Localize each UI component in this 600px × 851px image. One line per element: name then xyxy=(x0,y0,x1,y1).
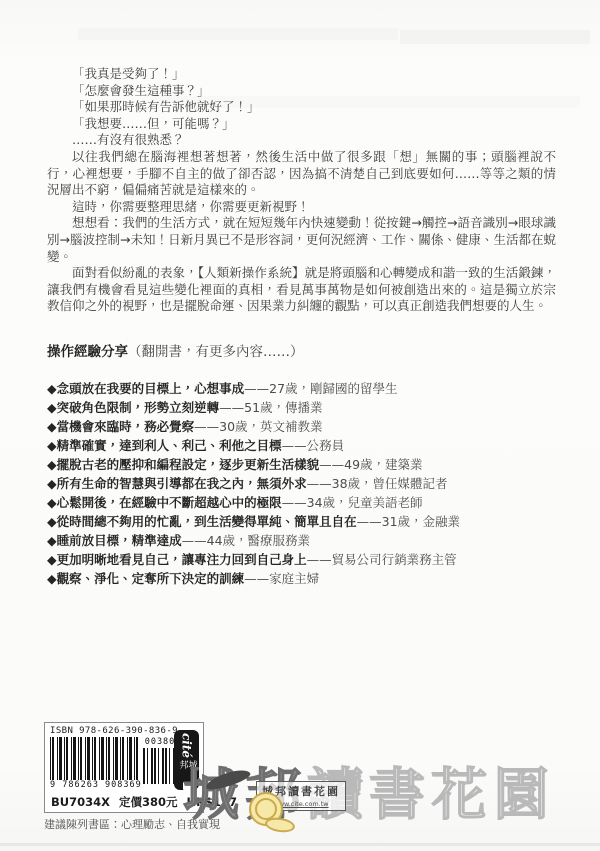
sharing-item-statement: ◆從時間總不夠用的忙亂，到生活變得單純、簡單且自在 xyxy=(47,514,357,529)
sharing-item-source: ——27歲，剛歸國的留學生 xyxy=(244,381,397,396)
cite-publisher-logo: cité 城邦 xyxy=(174,730,199,790)
back-cover-text: 「我真是受夠了！」 「怎麼會發生這種事？」 「如果那時候有告訴他就好了！」 「我… xyxy=(47,66,556,588)
experience-sharing-section: 操作經驗分享（翻開書，有更多內容……） ◆念頭放在我要的目標上，心想事成——27… xyxy=(47,343,556,588)
sharing-item-source: ——31歲，金融業 xyxy=(357,514,460,529)
intro-paragraph: 面對看似紛亂的表象，【人類新操作系統】就是將頭腦和心轉變成和諧一致的生活鍛鍊，讓… xyxy=(47,265,556,315)
intro-paragraph: 這時，你需要整理思緒，你需要更新視野！ xyxy=(47,199,556,216)
scan-edge-shadow xyxy=(0,843,600,846)
addon-barcode-bars xyxy=(143,748,177,784)
sharing-item-statement: ◆所有生命的智慧與引導都在我之內，無須外求 xyxy=(47,476,307,491)
scan-streak xyxy=(78,28,398,40)
cite-logo-seal xyxy=(183,782,191,790)
ean-barcode-bars xyxy=(50,737,138,780)
barcode-box: ISBN 978-626-390-836-9 9 786263 908369 0… xyxy=(44,722,204,813)
intro-paragraph: 想想看：我們的生活方式，就在短短幾年內快速變動！從按鍵→觸控→語音識別→眼球識別… xyxy=(47,215,556,265)
quote-line: 「怎麼會發生這種事？」 xyxy=(47,83,556,100)
cite-logo-characters: 城邦 xyxy=(178,760,196,780)
scan-streak xyxy=(400,30,590,44)
leaf-swoosh-icon xyxy=(204,766,252,793)
sharing-item-source: ——49歲，建築業 xyxy=(319,457,422,472)
sharing-item: ◆精準確實，達到利人、利己、利他之目標——公務員 xyxy=(47,436,556,455)
quote-line: 「如果那時候有告訴他就好了！」 xyxy=(47,99,556,116)
sharing-item-statement: ◆觀察、淨化、定奪所下決定的訓練 xyxy=(47,571,244,586)
sharing-item-source: ——44歲，醫療服務業 xyxy=(182,533,310,548)
intro-paragraphs: 以往我們總在腦海裡想著想著，然後生活中做了很多跟「想」無關的事；頭腦裡說不行，心… xyxy=(47,149,556,315)
sharing-item-source: ——34歲，兒童美語老師 xyxy=(282,495,423,510)
sharing-item: ◆所有生命的智慧與引導都在我之內，無須外求——38歲，曾任媒體記者 xyxy=(47,474,556,493)
sharing-heading-title: 操作經驗分享 xyxy=(47,344,128,360)
sharing-item: ◆擺脫古老的壓抑和編程設定，逐步更新生活樣貌——49歲，建築業 xyxy=(47,455,556,474)
sharing-item-source: ——51歲，傳播業 xyxy=(219,400,322,415)
sharing-item-statement: ◆念頭放在我要的目標上，心想事成 xyxy=(47,381,244,396)
sharing-item-statement: ◆擺脫古老的壓抑和編程設定，逐步更新生活樣貌 xyxy=(47,457,319,472)
sharing-item-statement: ◆當機會來臨時，務必覺察 xyxy=(47,419,194,434)
sharing-item: ◆當機會來臨時，務必覺察——30歲，英文補教業 xyxy=(47,417,556,436)
sharing-heading-note: （翻開書，有更多內容……） xyxy=(128,344,304,360)
sharing-list: ◆念頭放在我要的目標上，心想事成——27歲，剛歸國的留學生 ◆突破角色限制，形勢… xyxy=(47,379,556,588)
sharing-item-source: ——38歲，曾任媒體記者 xyxy=(307,476,448,491)
addon-barcode-digits: 00380 xyxy=(143,737,177,747)
shelf-category-note: 建議陳列書區：心理勵志、自我實現 xyxy=(44,816,220,832)
sharing-item: ◆念頭放在我要的目標上，心想事成——27歲，剛歸國的留學生 xyxy=(47,379,556,398)
snail-mascot-icon xyxy=(243,790,297,834)
sharing-item-statement: ◆睡前放目標，精準達成 xyxy=(47,533,182,548)
sharing-item-statement: ◆更加明晰地看見自己，讓專注力回到自己身上 xyxy=(47,552,307,567)
dialog-quotes: 「我真是受夠了！」 「怎麼會發生這種事？」 「如果那時候有告訴他就好了！」 「我… xyxy=(47,66,556,149)
sharing-item-statement: ◆突破角色限制，形勢立刻逆轉 xyxy=(47,400,219,415)
sharing-item-statement: ◆心鬆開後，在經驗中不斷超越心中的極限 xyxy=(47,495,282,510)
ean-barcode: 9 786263 908369 xyxy=(50,737,138,790)
sharing-item-source: ——公務員 xyxy=(282,438,345,453)
sharing-item: ◆從時間總不夠用的忙亂，到生活變得單純、簡單且自在——31歲，金融業 xyxy=(47,512,556,531)
quote-line: 「我想要……但，可能嗎？」 xyxy=(47,116,556,133)
sharing-item-source: ——貿易公司行銷業務主管 xyxy=(307,552,457,567)
addon-barcode: 00380 xyxy=(143,737,177,790)
snail-body xyxy=(264,816,296,834)
sharing-item-statement: ◆精準確實，達到利人、利己、利他之目標 xyxy=(47,438,282,453)
sharing-heading: 操作經驗分享（翻開書，有更多內容……） xyxy=(47,343,556,361)
sharing-item-source: ——家庭主婦 xyxy=(244,571,319,586)
sharing-item: ◆心鬆開後，在經驗中不斷超越心中的極限——34歲，兒童美語老師 xyxy=(47,493,556,512)
quote-line: 「我真是受夠了！」 xyxy=(47,66,556,83)
quote-line: ……有沒有很熟悉？ xyxy=(47,132,556,149)
sharing-item: ◆突破角色限制，形勢立刻逆轉——51歲，傳播業 xyxy=(47,398,556,417)
book-back-cover: 「我真是受夠了！」 「怎麼會發生這種事？」 「如果那時候有告訴他就好了！」 「我… xyxy=(0,0,600,851)
sharing-item: ◆觀察、淨化、定奪所下決定的訓練——家庭主婦 xyxy=(47,569,556,588)
cite-logo-script: cité xyxy=(181,733,193,758)
sharing-item: ◆更加明晰地看見自己，讓專注力回到自己身上——貿易公司行銷業務主管 xyxy=(47,550,556,569)
price-line: BU7034X 定價380元 HK$127 xyxy=(51,794,237,810)
sharing-item: ◆睡前放目標，精準達成——44歲，醫療服務業 xyxy=(47,531,556,550)
sharing-item-source: ——30歲，英文補教業 xyxy=(194,419,322,434)
ean-barcode-digits: 9 786263 908369 xyxy=(50,780,138,790)
intro-paragraph: 以往我們總在腦海裡想著想著，然後生活中做了很多跟「想」無關的事；頭腦裡說不行，心… xyxy=(47,149,556,199)
